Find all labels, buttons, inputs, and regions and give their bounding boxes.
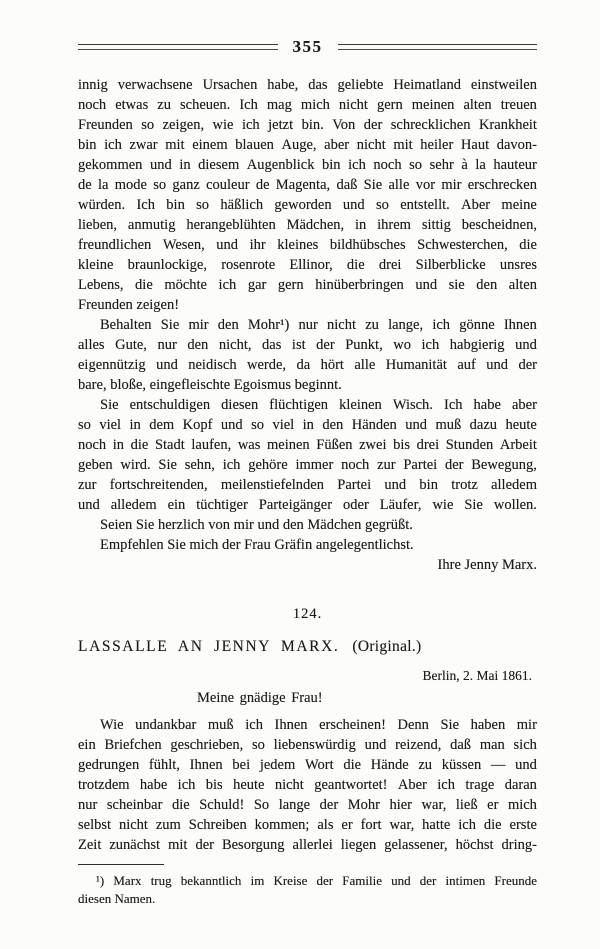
word: fortschreitenden,: [110, 475, 208, 495]
signature: Ihre Jenny Marx.: [78, 555, 537, 575]
word: mir: [188, 315, 208, 335]
word: entstellt.: [400, 195, 450, 215]
word: Von: [332, 115, 355, 135]
text-line: gedrungenfühlt,IhnenbeijedemWortdieHände…: [78, 755, 537, 775]
word: gar: [248, 275, 267, 295]
word: so: [376, 195, 389, 215]
word: sittig: [422, 215, 451, 235]
word: Ihnen: [504, 315, 537, 335]
word: bescheidnen,: [462, 215, 537, 235]
word: habe: [474, 395, 501, 415]
word: Silberblicke: [416, 255, 486, 275]
word: Auge,: [282, 135, 317, 155]
word: dring-: [502, 835, 537, 855]
word: davon-: [497, 135, 537, 155]
word: so: [78, 415, 91, 435]
word: lange: [279, 795, 310, 815]
word: man: [480, 735, 505, 755]
word: und: [156, 355, 178, 375]
word: ist: [292, 335, 306, 355]
word: braunlockige,: [128, 255, 207, 275]
word: erschrecken: [468, 175, 537, 195]
word: der: [445, 455, 464, 475]
word: nur: [78, 795, 97, 815]
word: daß: [336, 175, 357, 195]
word: er: [487, 795, 498, 815]
word: Ihnen: [275, 715, 308, 735]
word: nicht: [275, 775, 304, 795]
text-line: nochetwaszuscheuen.Ichmagmichnichtgernme…: [78, 95, 537, 115]
word: jedem: [260, 755, 295, 775]
word: und: [150, 155, 172, 175]
word: sehr: [430, 155, 454, 175]
word: dazu: [470, 415, 497, 435]
word: geantwortet!: [314, 775, 387, 795]
footnote-lines: ¹)MarxtrugbekanntlichimKreisederFamilieu…: [78, 872, 537, 908]
word: alle: [354, 355, 375, 375]
word: ganz: [172, 175, 199, 195]
word: aber: [512, 395, 537, 415]
word: den: [187, 335, 208, 355]
word: immer: [295, 455, 333, 475]
word: meilenstiefelnden: [221, 475, 324, 495]
footnote-line: diesen Namen.: [78, 890, 537, 908]
word: wie: [432, 495, 453, 515]
word: werde,: [247, 355, 286, 375]
word: in: [113, 435, 124, 455]
word: in: [179, 155, 190, 175]
word: couleur: [206, 175, 249, 195]
word: freundlichen: [78, 235, 151, 255]
word: war,: [422, 795, 447, 815]
word: wird.: [120, 455, 150, 475]
word: heute: [505, 415, 536, 435]
word: heute: [233, 775, 264, 795]
word: hauteur: [493, 155, 536, 175]
word: den: [322, 415, 343, 435]
word: sich: [514, 735, 537, 755]
word: noch: [373, 155, 401, 175]
word: Ich: [239, 95, 258, 115]
text-line: delamodesoganzcouleurdeMagenta,daßSieall…: [78, 175, 537, 195]
word: einstweilen: [471, 75, 537, 95]
word: daran: [505, 775, 537, 795]
word: so: [141, 115, 154, 135]
word: und: [78, 495, 100, 515]
word: nicht,: [219, 335, 252, 355]
text-line: SieentschuldigendiesenflüchtigenkleinenW…: [78, 395, 537, 415]
word: so: [251, 415, 264, 435]
text-line: innigverwachseneUrsachenhabe,dasgeliebte…: [78, 75, 537, 95]
word: ich: [432, 315, 450, 335]
word: mir: [441, 175, 461, 195]
word: Sie: [100, 395, 119, 415]
word: oder: [343, 495, 369, 515]
word: selbst: [78, 815, 111, 835]
word: hinüberbringen: [315, 275, 404, 295]
word: viel: [272, 415, 294, 435]
word: Denn: [398, 715, 429, 735]
footnote-line: ¹)MarxtrugbekanntlichimKreisederFamilieu…: [78, 872, 537, 890]
letter-heading-title: LASSALLE AN JENNY MARX.: [78, 638, 339, 655]
word: entschuldigen: [130, 395, 211, 415]
word: viel: [99, 415, 121, 435]
word: Ihnen: [190, 755, 223, 775]
word: Ursachen: [203, 75, 258, 95]
word: flüchtigen: [269, 395, 328, 415]
word: la: [98, 175, 108, 195]
word: ich: [223, 455, 241, 475]
word: in: [303, 415, 314, 435]
word: kommen;: [255, 815, 310, 835]
word: die: [347, 255, 365, 275]
word: auf: [457, 355, 476, 375]
word: liegen: [341, 835, 376, 855]
word: Ellinor,: [289, 255, 332, 275]
word: bei: [232, 755, 250, 775]
word: liebenswürdig: [274, 735, 356, 755]
paragraph: WieundankbarmußichIhnenerscheinen!DennSi…: [78, 715, 537, 855]
word: mag: [267, 95, 292, 115]
word: den: [476, 275, 497, 295]
word: und: [391, 872, 411, 890]
word: zum: [156, 815, 181, 835]
word: Besorgung: [222, 835, 285, 855]
word: die: [519, 235, 537, 255]
word: Füßen: [316, 435, 352, 455]
letter-heading: LASSALLE AN JENNY MARX.(Original.): [78, 636, 537, 657]
word: schrecklichen: [391, 115, 471, 135]
word: ihr: [250, 235, 266, 255]
word: der: [518, 355, 537, 375]
word: der: [364, 115, 383, 135]
text-line: würden.Ichbinsohäßlichgewordenundsoentst…: [78, 195, 537, 215]
text-line: bare, bloße, eingefleischte Egoismus beg…: [78, 375, 537, 395]
word: herangeblühten: [186, 215, 275, 235]
word: aber: [324, 135, 349, 155]
word: im: [251, 872, 265, 890]
word: Sie: [440, 715, 459, 735]
footnote: ¹)MarxtrugbekanntlichimKreisederFamilieu…: [78, 864, 537, 908]
paragraph: BehaltenSiemirdenMohr¹)nurnichtzulange,i…: [78, 315, 537, 395]
word: intimen: [446, 872, 486, 890]
text-line: gekommenundindiesemAugenblickbinichnochs…: [78, 155, 537, 175]
word: Läufer,: [380, 495, 422, 515]
word: ich: [437, 775, 455, 795]
word: der: [316, 335, 335, 355]
word: Parteigänger: [259, 495, 332, 515]
word: Sie: [161, 315, 180, 335]
word: noch: [341, 455, 369, 475]
word: und: [343, 195, 365, 215]
word: Lebens,: [78, 275, 124, 295]
word: höchst: [456, 835, 494, 855]
word: mich: [508, 795, 537, 815]
word: und: [405, 415, 427, 435]
word: muß: [208, 715, 234, 735]
text-line: undalledemeintüchtigerParteigängeroderLä…: [78, 495, 537, 515]
word: erste: [510, 815, 537, 835]
word: ich: [348, 155, 366, 175]
word: Humanität: [386, 355, 447, 375]
text-line: selbstnichtzumSchreibenkommen;alserfortw…: [78, 815, 537, 835]
word: So: [254, 795, 269, 815]
text-line: sovielindemKopfundsovielindenHändenundmu…: [78, 415, 537, 435]
word: den: [218, 315, 239, 335]
word: diesen: [221, 395, 258, 415]
word: sie: [449, 275, 465, 295]
text-line: freundlichenWesen,undihrkleinesbildhübsc…: [78, 235, 537, 255]
word: gedrungen: [78, 755, 139, 775]
word: gekommen: [78, 155, 142, 175]
word: die: [131, 435, 149, 455]
word: Mädchen,: [287, 215, 345, 235]
word: hört: [321, 355, 344, 375]
word: in: [130, 415, 141, 435]
word: geben: [78, 455, 113, 475]
text-line: nurscheinbardieSchuld!SolangederMohrhier…: [78, 795, 537, 815]
text-line: lieben,anmutigherangeblühtenMädchen,inih…: [78, 215, 537, 235]
word: möchte: [164, 275, 207, 295]
word: zwar: [129, 135, 157, 155]
word: kleinen: [339, 395, 382, 415]
page-header: 355: [78, 38, 537, 56]
word: Händen: [352, 415, 397, 435]
word: ich: [422, 335, 440, 355]
word: gelassener,: [384, 835, 447, 855]
word: drei: [417, 435, 440, 455]
paragraph: innigverwachseneUrsachenhabe,dasgeliebte…: [78, 75, 537, 315]
word: Sie: [364, 175, 383, 195]
word: geworden: [274, 195, 331, 215]
word: meinen: [267, 435, 310, 455]
word: Hände: [371, 755, 409, 775]
word: etwas: [115, 95, 148, 115]
word: Partei: [337, 475, 371, 495]
paragraph: SieentschuldigendiesenflüchtigenkleinenW…: [78, 395, 537, 515]
word: da: [296, 355, 310, 375]
word: lange,: [388, 315, 423, 335]
word: Stunden: [446, 435, 494, 455]
word: erscheinen!: [319, 715, 386, 735]
word: Mohr¹): [248, 315, 289, 335]
word: trotzdem: [78, 775, 130, 795]
word: Stadt: [155, 435, 185, 455]
word: dem: [149, 415, 174, 435]
word: nur: [157, 335, 176, 355]
word: fort: [361, 815, 382, 835]
word: was: [238, 435, 261, 455]
word: so: [153, 175, 166, 195]
word: der: [420, 872, 437, 890]
word: noch: [78, 435, 106, 455]
word: alle: [388, 175, 409, 195]
word: bin: [419, 475, 438, 495]
text-line: kleinebraunlockige,rosenroteEllinor,died…: [78, 255, 537, 275]
word: zunächst: [109, 835, 160, 855]
word: Familie: [342, 872, 382, 890]
word: à: [461, 155, 467, 175]
word: mit: [165, 135, 184, 155]
text-line: Empfehlen Sie mich der Frau Gräfin angel…: [78, 535, 537, 555]
word: bin: [322, 155, 341, 175]
word: ¹): [96, 872, 104, 890]
word: so: [409, 155, 422, 175]
word: ich: [104, 135, 122, 155]
word: bis: [393, 435, 410, 455]
word: Freunden: [78, 115, 133, 135]
word: Sie: [464, 495, 483, 515]
word: zur: [78, 475, 97, 495]
word: scheinbar: [107, 795, 163, 815]
book-page: 355 innigverwachseneUrsachenhabe,dasgeli…: [0, 0, 600, 949]
word: la: [475, 155, 485, 175]
word: heiler: [420, 135, 453, 155]
word: häßlich: [220, 195, 263, 215]
word: laufen,: [191, 435, 231, 455]
word: de: [256, 175, 270, 195]
word: bildhübsches: [330, 235, 406, 255]
text-line: allesGute,nurdennicht,dasistderPunkt,woi…: [78, 335, 537, 355]
word: tüchtiger: [196, 495, 248, 515]
word: Sie: [158, 455, 177, 475]
word: und: [486, 355, 508, 375]
word: Schreiben: [189, 815, 247, 835]
word: wie: [213, 115, 234, 135]
text-line: trotzdemhabeichbisheutenichtgeantwortet!…: [78, 775, 537, 795]
word: so: [196, 195, 209, 215]
word: alledem: [111, 495, 157, 515]
word: Punkt,: [345, 335, 382, 355]
word: noch: [78, 95, 106, 115]
word: nicht: [327, 315, 356, 335]
word: die: [135, 275, 153, 295]
word: zu: [157, 95, 171, 115]
word: Wisch.: [393, 395, 433, 415]
word: Zeit: [78, 835, 101, 855]
word: Schuld!: [199, 795, 244, 815]
word: einem: [192, 135, 227, 155]
word: ein: [78, 735, 96, 755]
word: Ich: [444, 395, 463, 415]
word: geliebte: [337, 75, 383, 95]
word: habe: [140, 775, 167, 795]
word: zu: [365, 315, 379, 335]
text-line: WieundankbarmußichIhnenerscheinen!DennSi…: [78, 715, 537, 735]
word: in: [355, 215, 366, 235]
word: undankbar: [135, 715, 196, 735]
word: alles: [78, 335, 105, 355]
word: blauen: [235, 135, 274, 155]
word: nicht: [339, 95, 368, 115]
word: Mohr: [348, 795, 380, 815]
header-rule-left: [78, 44, 278, 50]
word: Behalten: [100, 315, 152, 335]
word: Wesen,: [163, 235, 205, 255]
word: und: [515, 335, 537, 355]
word: reizend,: [395, 735, 441, 755]
word: jetzt: [268, 115, 293, 135]
word: ein: [168, 495, 186, 515]
word: lieben,: [78, 215, 117, 235]
word: Gute,: [115, 335, 147, 355]
word: er: [341, 815, 352, 835]
word: bin.: [302, 115, 324, 135]
text-line: ZeitzunächstmitderBesorgungallerleiliege…: [78, 835, 537, 855]
word: mode: [115, 175, 147, 195]
word: bin: [166, 195, 185, 215]
word: nicht: [357, 135, 386, 155]
word: Schwesterchen,: [417, 235, 508, 255]
word: Marx: [113, 872, 141, 890]
text-line: Freunden zeigen!: [78, 295, 537, 315]
word: haben: [471, 715, 506, 735]
word: anmutig: [128, 215, 176, 235]
word: scheuen.: [180, 95, 230, 115]
word: gern: [377, 95, 403, 115]
word: hier: [389, 795, 412, 815]
word: Kopf: [183, 415, 213, 435]
word: und: [384, 475, 406, 495]
word: de: [78, 175, 92, 195]
text-line: eigennützigundneidischwerde,dahörtalleHu…: [78, 355, 537, 375]
word: Krankheit: [479, 115, 537, 135]
word: Briefchen: [104, 735, 161, 755]
word: kleine: [78, 255, 113, 275]
word: Partei: [403, 455, 437, 475]
text-line: nochindieStadtlaufen,wasmeinenFüßenzweib…: [78, 435, 537, 455]
letter-heading-annex: (Original.): [352, 638, 421, 655]
word: Bewegung,: [471, 455, 537, 475]
word: bis: [206, 775, 223, 795]
header-rule-right: [338, 44, 538, 50]
word: gönne: [459, 315, 494, 335]
word: trage: [465, 775, 494, 795]
word: war,: [389, 815, 414, 835]
text-line: zurfortschreitenden,meilenstiefelndenPar…: [78, 475, 537, 495]
word: meinen: [412, 95, 455, 115]
text-line: binichzwarmiteinemblauenAuge,abernichtmi…: [78, 135, 537, 155]
word: ließ: [456, 795, 478, 815]
text-line: Seien Sie herzlich von mir und den Mädch…: [78, 515, 537, 535]
word: alten: [509, 275, 537, 295]
text-line: einBriefchengeschrieben,soliebenswürdigu…: [78, 735, 537, 755]
word: und: [221, 415, 243, 435]
word: mich: [301, 95, 330, 115]
word: Aber: [398, 775, 427, 795]
word: allerlei: [293, 835, 333, 855]
word: so: [252, 735, 265, 755]
word: zeigen,: [163, 115, 204, 135]
word: hatte: [422, 815, 450, 835]
text-line: gebenwird.Siesehn,ichgehöreimmernochzurP…: [78, 455, 537, 475]
word: bekanntlich: [181, 872, 242, 890]
word: gehöre: [248, 455, 287, 475]
page-body: innigverwachseneUrsachenhabe,dasgeliebte…: [78, 75, 537, 855]
word: die: [172, 795, 190, 815]
word: bin: [78, 135, 97, 155]
word: vor: [416, 175, 435, 195]
word: verwachsene: [118, 75, 193, 95]
word: ich: [178, 775, 196, 795]
salutation: Meine gnädige Frau!: [78, 690, 537, 707]
word: mir: [517, 715, 537, 735]
word: Aber: [461, 195, 490, 215]
footnote-rule: [78, 864, 164, 865]
paragraph: Empfehlen Sie mich der Frau Gräfin angel…: [78, 535, 537, 555]
word: der: [195, 835, 214, 855]
word: Kreise: [273, 872, 307, 890]
